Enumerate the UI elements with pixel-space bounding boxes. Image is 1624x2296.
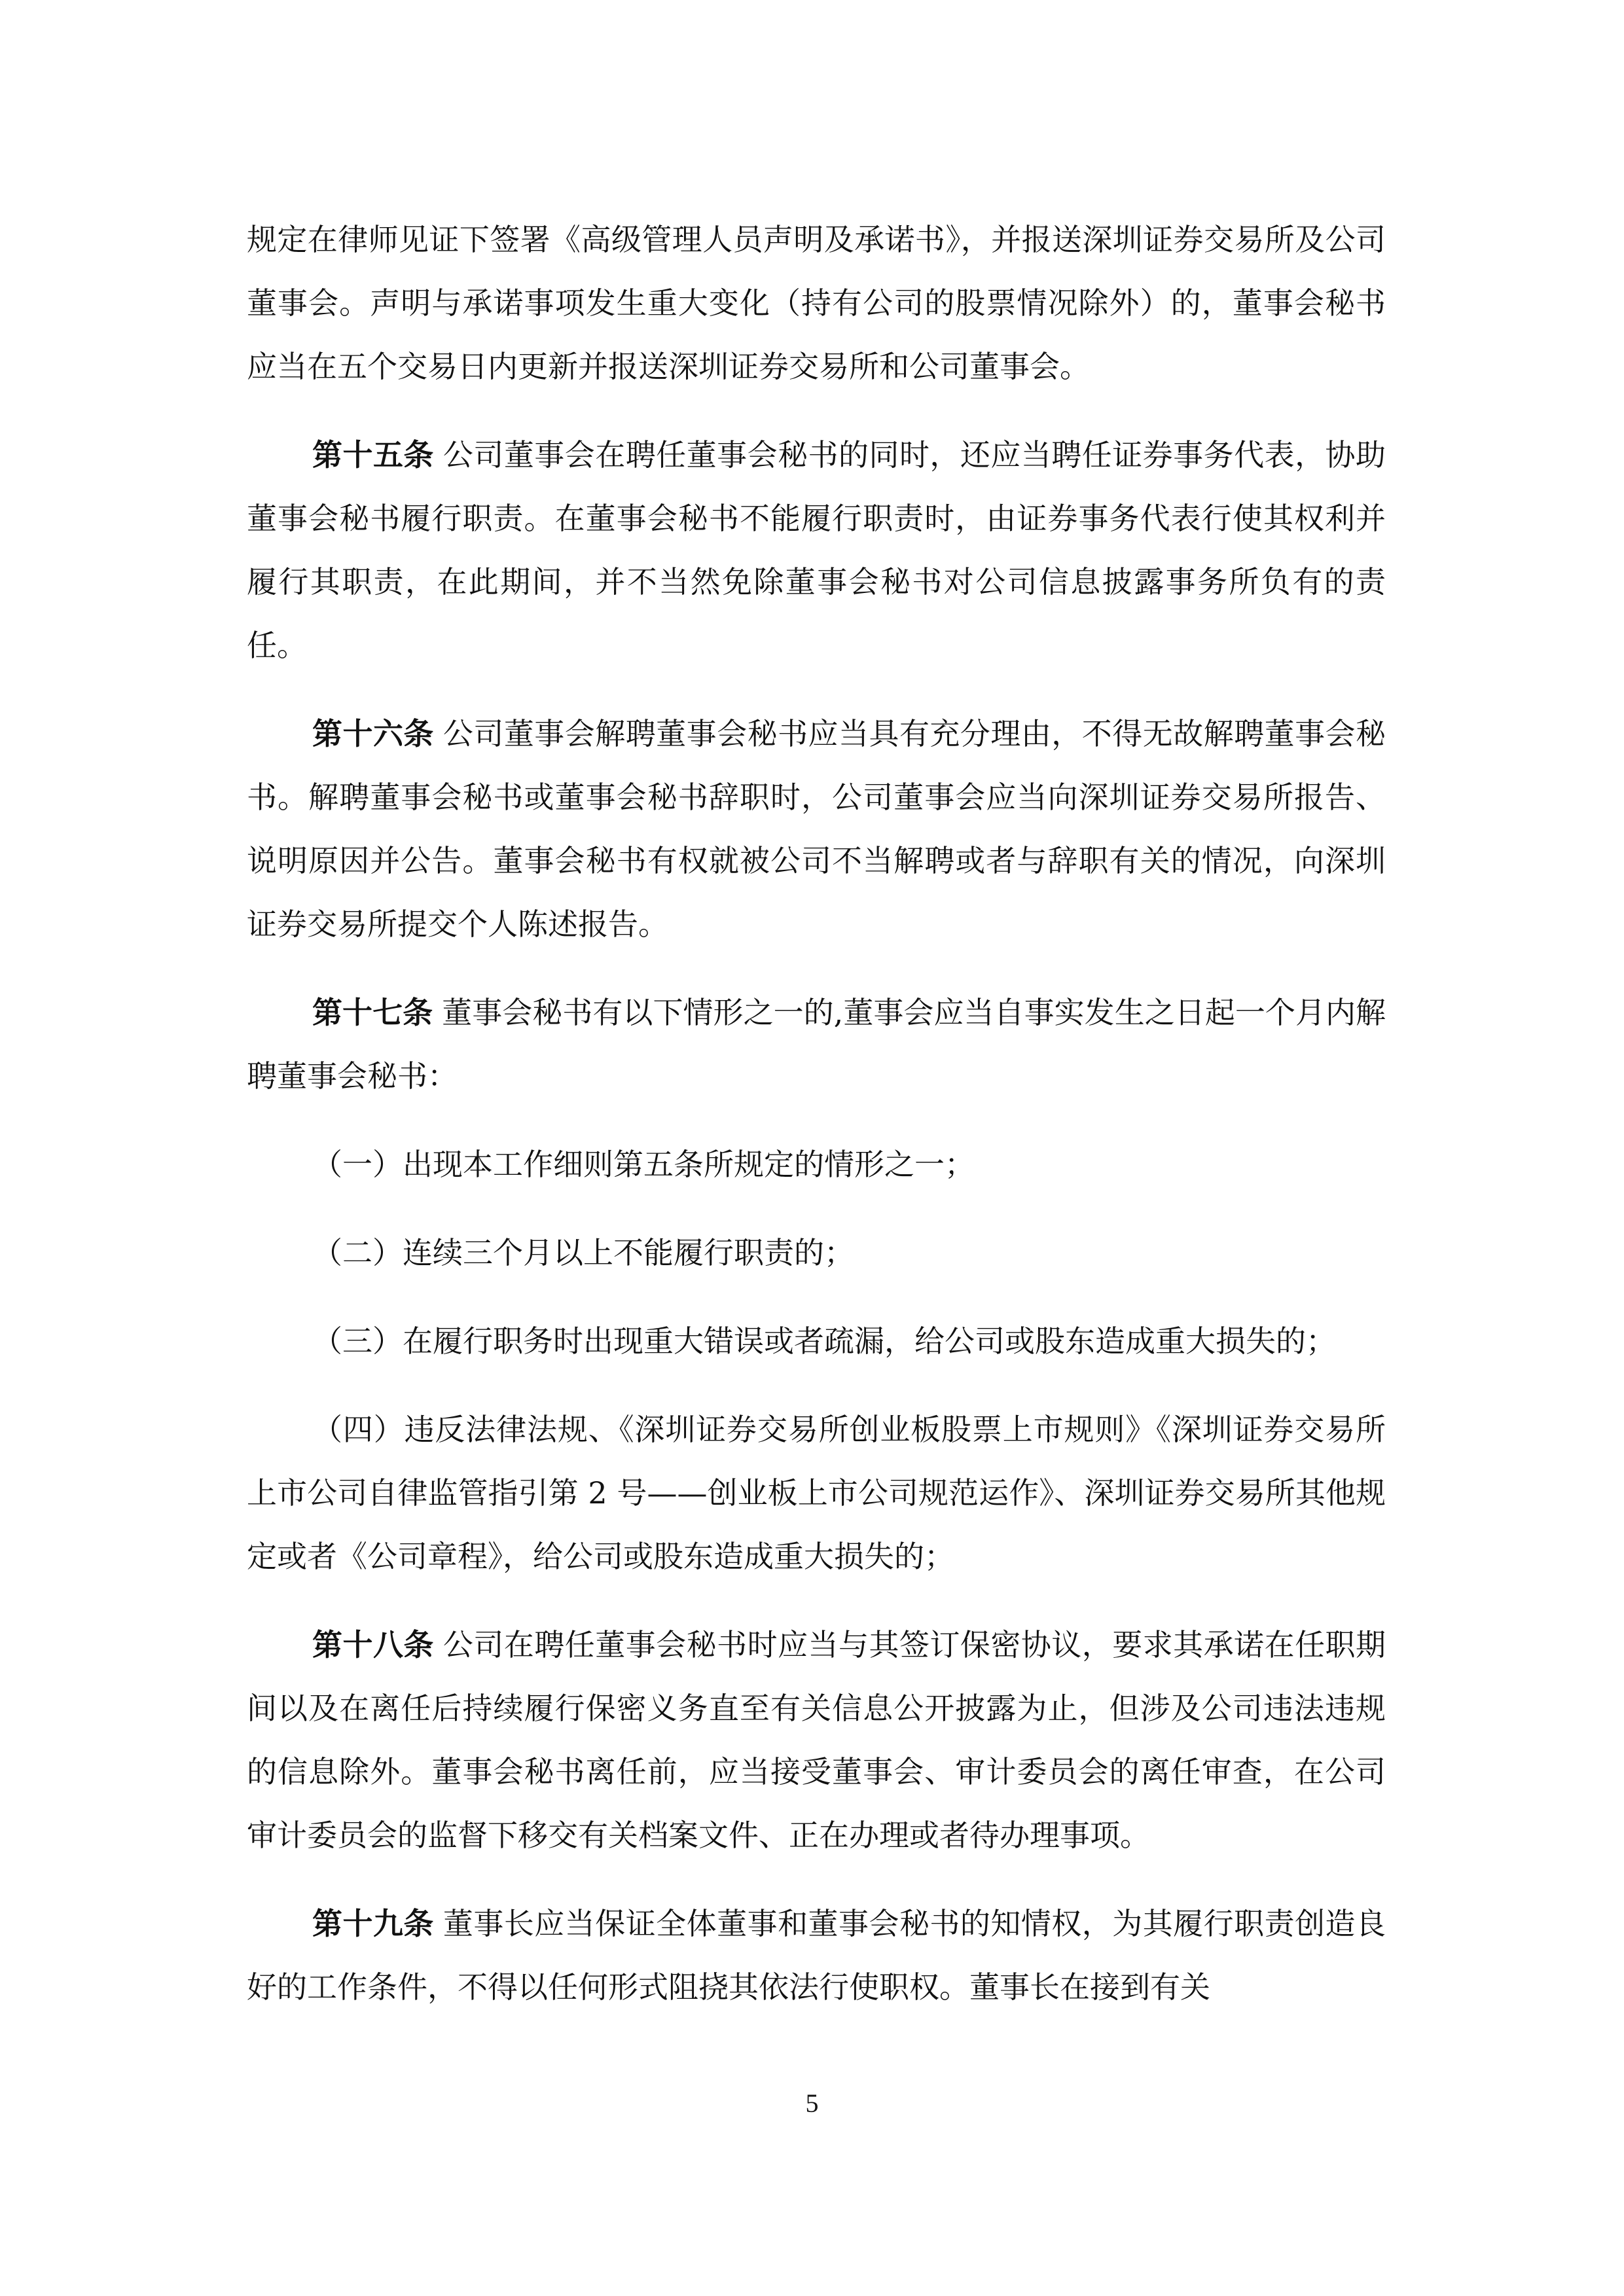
paragraph-text: 规定在律师见证下签署《高级管理人员声明及承诺书》，并报送深圳证券交易所及公司董事…: [247, 222, 1386, 384]
list-item-3: （三）在履行职务时出现重大错误或者疏漏，给公司或股东造成重大损失的；: [247, 1310, 1386, 1373]
document-body: 规定在律师见证下签署《高级管理人员声明及承诺书》，并报送深圳证券交易所及公司董事…: [247, 208, 1386, 2044]
page-number: 5: [0, 2088, 1624, 2119]
list-item-text: （一）出现本工作细则第五条所规定的情形之一；: [312, 1147, 975, 1182]
article-heading: 第十八条: [312, 1627, 434, 1662]
article-18: 第十八条公司在聘任董事会秘书时应当与其签订保密协议，要求其承诺在任职期间以及在离…: [247, 1613, 1386, 1867]
paragraph-continuation: 规定在律师见证下签署《高级管理人员声明及承诺书》，并报送深圳证券交易所及公司董事…: [247, 208, 1386, 399]
list-item-1: （一）出现本工作细则第五条所规定的情形之一；: [247, 1133, 1386, 1196]
article-heading: 第十五条: [312, 437, 434, 473]
list-item-4: （四）违反法律法规、《深圳证券交易所创业板股票上市规则》《深圳证券交易所上市公司…: [247, 1398, 1386, 1588]
article-16: 第十六条公司董事会解聘董事会秘书应当具有充分理由，不得无故解聘董事会秘书。解聘董…: [247, 702, 1386, 956]
article-heading: 第十六条: [312, 716, 434, 751]
list-item-text: （四）违反法律法规、《深圳证券交易所创业板股票上市规则》《深圳证券交易所上市公司…: [247, 1412, 1386, 1574]
article-19: 第十九条董事长应当保证全体董事和董事会秘书的知情权，为其履行职责创造良好的工作条…: [247, 1892, 1386, 2019]
list-item-text: （三）在履行职务时出现重大错误或者疏漏，给公司或股东造成重大损失的；: [312, 1323, 1336, 1359]
article-15: 第十五条公司董事会在聘任董事会秘书的同时，还应当聘任证券事务代表，协助董事会秘书…: [247, 423, 1386, 677]
article-heading: 第十九条: [312, 1906, 434, 1941]
list-item-2: （二）连续三个月以上不能履行职责的；: [247, 1221, 1386, 1285]
list-item-text: （二）连续三个月以上不能履行职责的；: [312, 1235, 854, 1270]
article-17: 第十七条董事会秘书有以下情形之一的,董事会应当自事实发生之日起一个月内解聘董事会…: [247, 981, 1386, 1108]
article-heading: 第十七条: [312, 995, 433, 1030]
